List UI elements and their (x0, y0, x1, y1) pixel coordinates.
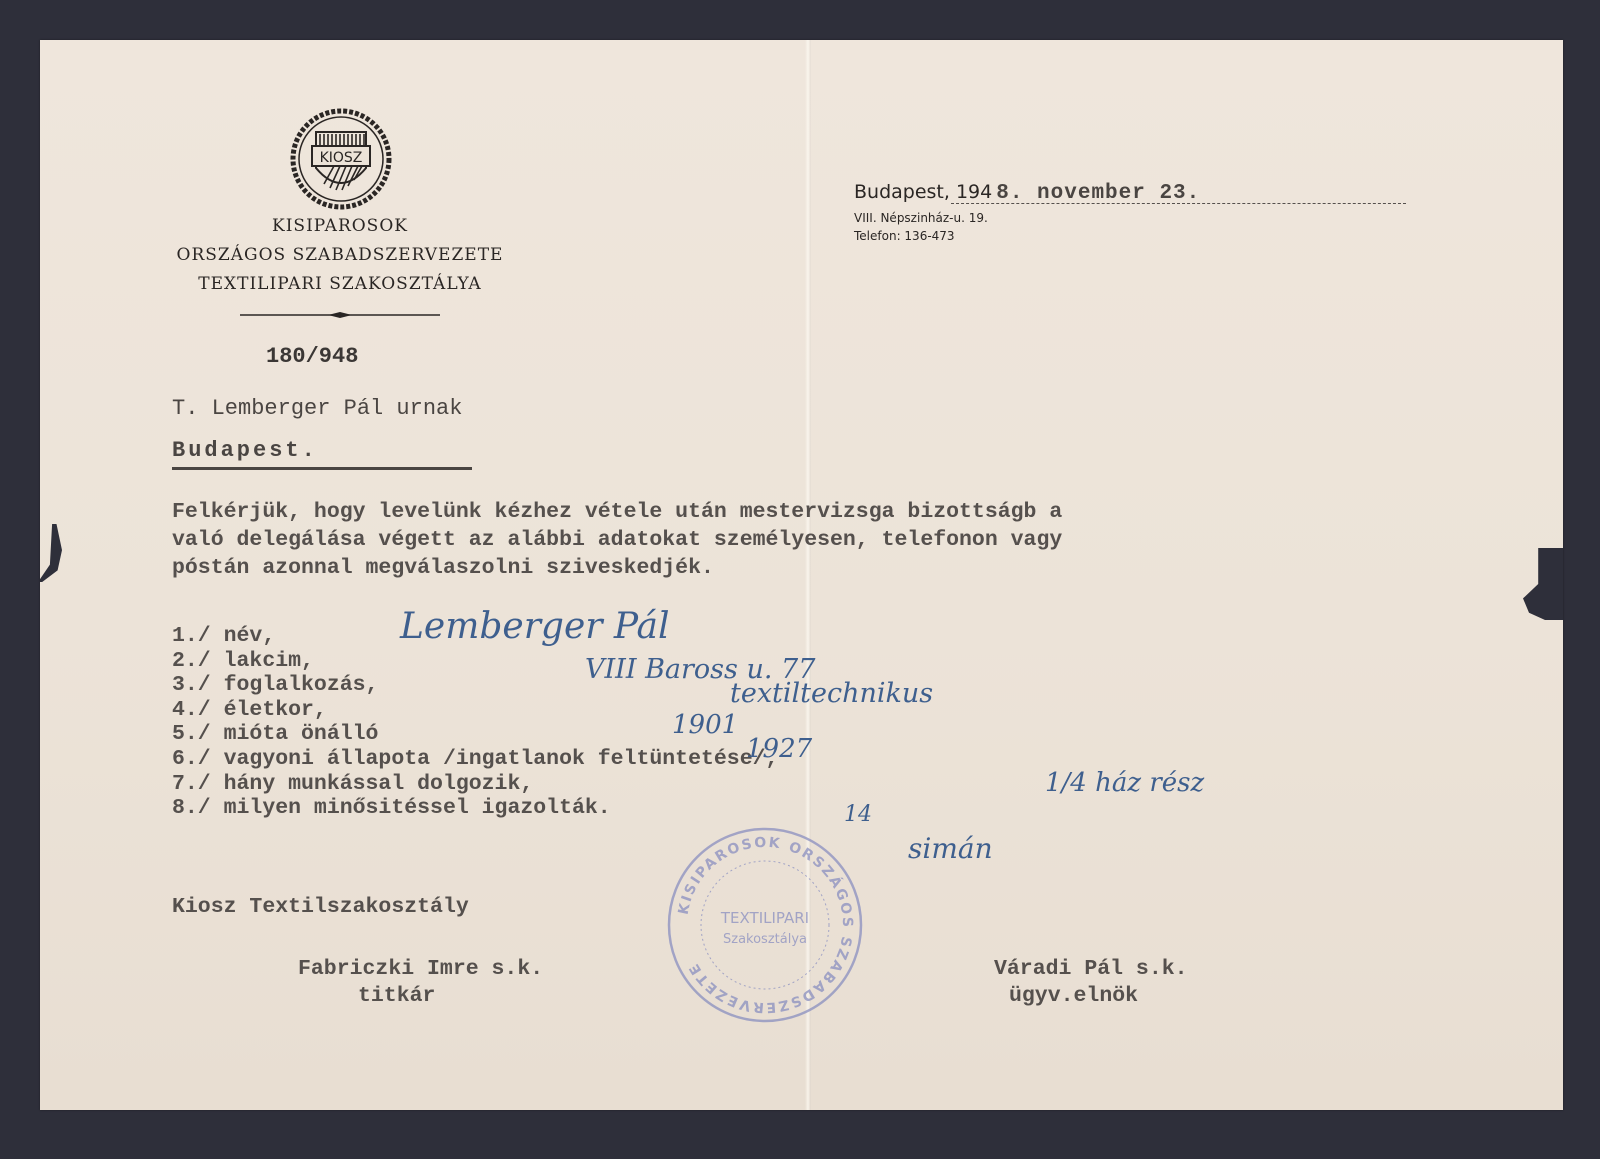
body-line: póstán azonnal megválaszolni sziveskedjé… (172, 554, 1062, 582)
typed-date: 8. november 23. (996, 182, 1200, 205)
letter-paper: KIOSZ KISIPAROSOK ORSZÁGOS SZABADSZERVEZ… (40, 40, 1563, 1110)
handwritten-answer-name: Lemberger Pál (400, 606, 670, 647)
date-block: Budapest, 194 8. november 23. VIII. Néps… (854, 181, 1200, 243)
department-name: Kiosz Textilszakosztály (172, 895, 469, 919)
kiosz-logo-icon: KIOSZ (288, 106, 394, 212)
question-item: 8./ milyen minősitéssel igazolták. (172, 796, 778, 821)
question-item: 6./ vagyoni állapota /ingatlanok feltünt… (172, 747, 778, 772)
question-item: 7./ hány munkással dolgozik, (172, 772, 778, 797)
address: VIII. Népszinház-u. 19. (854, 211, 1200, 225)
recipient-city: Budapest. (172, 438, 318, 463)
svg-text:KIOSZ: KIOSZ (320, 150, 363, 166)
phone: Telefon: 136-473 (854, 229, 1200, 243)
body-line: Felkérjük, hogy levelünk kézhez vétele u… (172, 498, 1062, 526)
body-paragraph: Felkérjük, hogy levelünk kézhez vétele u… (172, 498, 1062, 582)
date-dotted-line (951, 203, 1406, 204)
handwritten-answer-workers: 14 (844, 802, 872, 827)
svg-text:TEXTILIPARI: TEXTILIPARI (720, 909, 809, 927)
org-line-2: ORSZÁGOS SZABADSZERVEZETE (40, 245, 640, 265)
handwritten-answer-qualification: simán (908, 832, 993, 865)
tear-right (1523, 548, 1563, 620)
signature-president-title: ügyv.elnök (1009, 984, 1138, 1008)
recipient-city-underline (172, 467, 472, 470)
reference-number: 180/948 (266, 344, 358, 369)
handwritten-answer-property: 1/4 ház rész (1045, 768, 1204, 798)
org-line-3: TEXTILIPARI SZAKOSZTÁLYA (40, 274, 640, 294)
svg-text:Szakosztálya: Szakosztálya (723, 932, 807, 947)
signature-president-name: Váradi Pál s.k. (994, 957, 1188, 981)
handwritten-answer-occupation: textiltechnikus (730, 678, 933, 709)
official-stamp-icon: KISIPAROSOK ORSZÁGOS SZABADSZERVEZETE TE… (665, 825, 865, 1025)
body-line: való delegálása végett az alábbi adatoka… (172, 526, 1062, 554)
signature-secretary-name: Fabriczki Imre s.k. (298, 957, 543, 981)
city-prefix: Budapest, 194 (854, 181, 992, 203)
org-line-1: KISIPAROSOK (40, 216, 640, 236)
handwritten-answer-birthyear: 1901 (672, 710, 738, 740)
signature-secretary-title: titkár (358, 984, 435, 1008)
recipient-name: T. Lemberger Pál urnak (172, 396, 462, 421)
ornament-divider-icon (240, 312, 440, 318)
handwritten-answer-independent-since: 1927 (746, 734, 812, 764)
tear-left (40, 524, 62, 582)
